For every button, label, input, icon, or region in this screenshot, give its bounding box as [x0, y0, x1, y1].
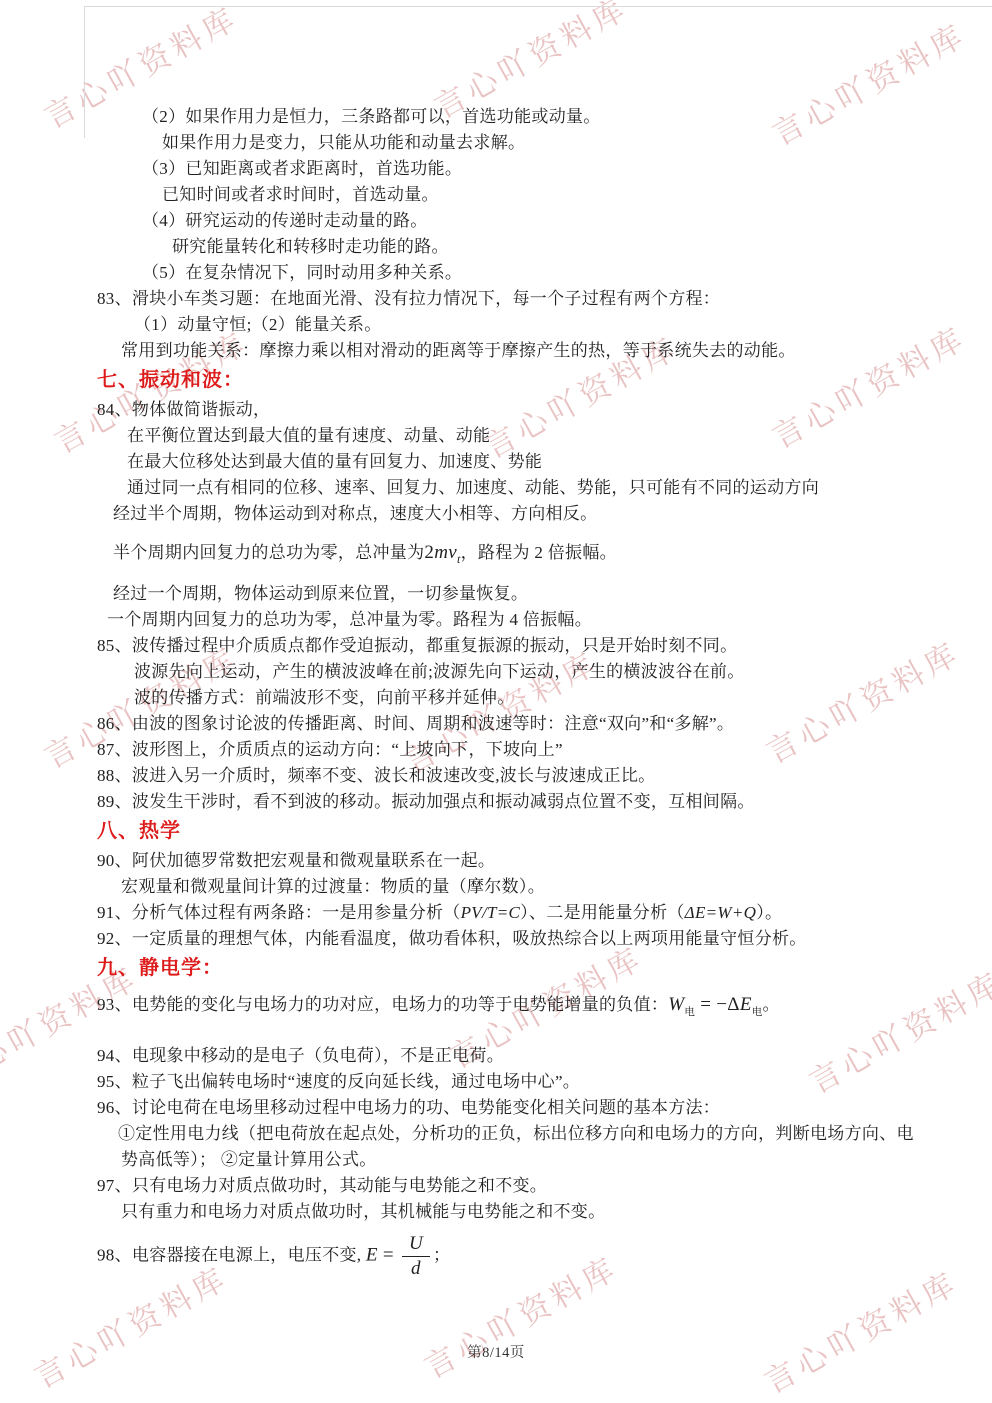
- text-line: 在最大位移处达到最大值的量有回复力、加速度、势能: [127, 449, 992, 475]
- text-line: 83、滑块小车类习题：在地面光滑、没有拉力情况下，每一个子过程有两个方程：: [97, 286, 992, 312]
- formula-variable: W: [668, 994, 684, 1015]
- section-heading-thermal: 八、热学: [97, 816, 992, 847]
- text-line: （3）已知距离或者求距离时，首选功能。: [142, 156, 992, 182]
- formula-fraction: Ud: [402, 1233, 430, 1280]
- text-line: （2）如果作用力是恒力，三条路都可以，首选功能或动量。: [142, 104, 992, 130]
- text-line-formula: 98、电容器接在电源上，电压不变, E = Ud；: [97, 1233, 992, 1280]
- text-line: 只有重力和电场力对质点做功时，其机械能与电势能之和不变。: [121, 1199, 992, 1225]
- text-line: 通过同一点有相同的位移、速率、回复力、加速度、动能、势能，只可能有不同的运动方向: [127, 475, 992, 501]
- text-line: 经过半个周期，物体运动到对称点，速度大小相等、方向相反。: [113, 501, 992, 527]
- text-line: （4）研究运动的传递时走动量的路。: [142, 208, 992, 234]
- text-line: 势高低等）； ②定量计算用公式。: [121, 1147, 992, 1173]
- formula-text: ）、二是用能量分析（: [520, 903, 685, 922]
- text-line: 89、波发生干涉时，看不到波的移动。振动加强点和振动减弱点位置不变，互相间隔。: [97, 789, 992, 815]
- document-page: 言心吖资料库言心吖资料库言心吖资料库言心吖资料库言心吖资料库言心吖资料库言心吖资…: [0, 0, 992, 1403]
- formula-text: 93、电势能的变化与电场力的功对应，电场力的功等于电势能增量的负值：: [97, 995, 668, 1014]
- fraction-numerator: U: [402, 1233, 430, 1257]
- formula-variable: E: [740, 994, 752, 1015]
- formula-coefficient: 2: [424, 542, 434, 563]
- text-line: 96、讨论电荷在电场里移动过程中电场力的功、电势能变化相关问题的基本方法：: [97, 1095, 992, 1121]
- text-line: 88、波进入另一介质时，频率不变、波长和波速改变,波长与波速成正比。: [97, 763, 992, 789]
- text-line: 94、电现象中移动的是电子（负电荷），不是正电荷。: [97, 1043, 992, 1069]
- text-line-formula: 91、分析气体过程有两条路：一是用参量分析（PV/T=C）、二是用能量分析（ΔE…: [97, 900, 992, 926]
- formula-text: 半个周期内回复力的总功为零，总冲量为: [113, 543, 424, 562]
- section-heading-electrostatics: 九、静电学：: [97, 953, 992, 984]
- text-line: 97、只有电场力对质点做功时，其动能与电势能之和不变。: [97, 1173, 992, 1199]
- text-line: 85、波传播过程中介质质点都作受迫振动，都重复振源的振动，只是开始时刻不同。: [97, 633, 992, 659]
- formula-operator: =: [378, 1244, 399, 1265]
- text-line: 经过一个周期，物体运动到原来位置，一切参量恢复。: [113, 581, 992, 607]
- formula-subscript: 电: [752, 1007, 763, 1018]
- formula-expression: ΔE=W+Q: [685, 903, 757, 922]
- formula-text: ；: [433, 1245, 450, 1264]
- text-line: 宏观量和微观量间计算的过渡量：物质的量（摩尔数）。: [121, 874, 992, 900]
- formula-text: 98、电容器接在电源上，电压不变,: [97, 1245, 366, 1264]
- formula-subscript: 电: [684, 1007, 695, 1018]
- text-line: 86、由波的图象讨论波的传播距离、时间、周期和波速等时：注意“双向”和“多解”。: [97, 711, 992, 737]
- text-line: 90、阿伏加德罗常数把宏观量和微观量联系在一起。: [97, 848, 992, 874]
- section-heading-vibration-waves: 七、振动和波：: [97, 365, 992, 396]
- text-line: 84、物体做简谐振动，: [97, 397, 992, 423]
- formula-variable: E: [366, 1244, 378, 1265]
- text-line: 在平衡位置达到最大值的量有速度、动量、动能: [127, 423, 992, 449]
- formula-text: 91、分析气体过程有两条路：一是用参量分析（: [97, 903, 461, 922]
- text-line: 95、粒子飞出偏转电场时“速度的反向延长线，通过电场中心”。: [97, 1069, 992, 1095]
- fraction-denominator: d: [402, 1257, 430, 1280]
- text-line: 一个周期内回复力的总功为零，总冲量为零。路程为 4 倍振幅。: [107, 607, 992, 633]
- text-line: 常用到功能关系：摩擦力乘以相对滑动的距离等于摩擦产生的热，等于系统失去的动能。: [121, 338, 992, 364]
- text-line: （1）动量守恒;（2）能量关系。: [134, 312, 992, 338]
- text-line-formula: 93、电势能的变化与电场力的功对应，电场力的功等于电势能增量的负值：W电 = −…: [97, 992, 992, 1026]
- formula-text: 。: [763, 995, 780, 1014]
- text-line: 如果作用力是变力，只能从功能和动量去求解。: [162, 130, 992, 156]
- text-line: 已知时间或者求时间时，首选动量。: [162, 182, 992, 208]
- text-line: 研究能量转化和转移时走功能的路。: [172, 234, 992, 260]
- formula-operator: = −Δ: [695, 994, 740, 1015]
- formula-variable: mv: [434, 542, 457, 563]
- text-line-formula: 半个周期内回复力的总功为零，总冲量为2mvt，路程为 2 倍振幅。: [113, 540, 992, 572]
- text-line: 波源先向上运动，产生的横波波峰在前;波源先向下运动，产生的横波波谷在前。: [134, 659, 992, 685]
- formula-text: ，路程为 2 倍振幅。: [461, 543, 617, 562]
- text-line: 波的传播方式：前端波形不变，向前平移并延伸。: [134, 685, 992, 711]
- document-content: （2）如果作用力是恒力，三条路都可以，首选功能或动量。 如果作用力是变力，只能从…: [0, 0, 992, 1280]
- formula-text: ）。: [756, 903, 782, 922]
- text-line: 92、一定质量的理想气体，内能看温度，做功看体积，吸放热综合以上两项用能量守恒分…: [97, 926, 992, 952]
- page-footer: 第8/14页: [0, 1341, 992, 1362]
- formula-expression: PV/T=C: [461, 903, 521, 922]
- text-line: 87、波形图上，介质质点的运动方向：“上坡向下，下坡向上”: [97, 737, 992, 763]
- text-line: ①定性用电力线（把电荷放在起点处，分析功的正负，标出位移方向和电场力的方向，判断…: [118, 1121, 992, 1147]
- text-line: （5）在复杂情况下，同时动用多种关系。: [142, 260, 992, 286]
